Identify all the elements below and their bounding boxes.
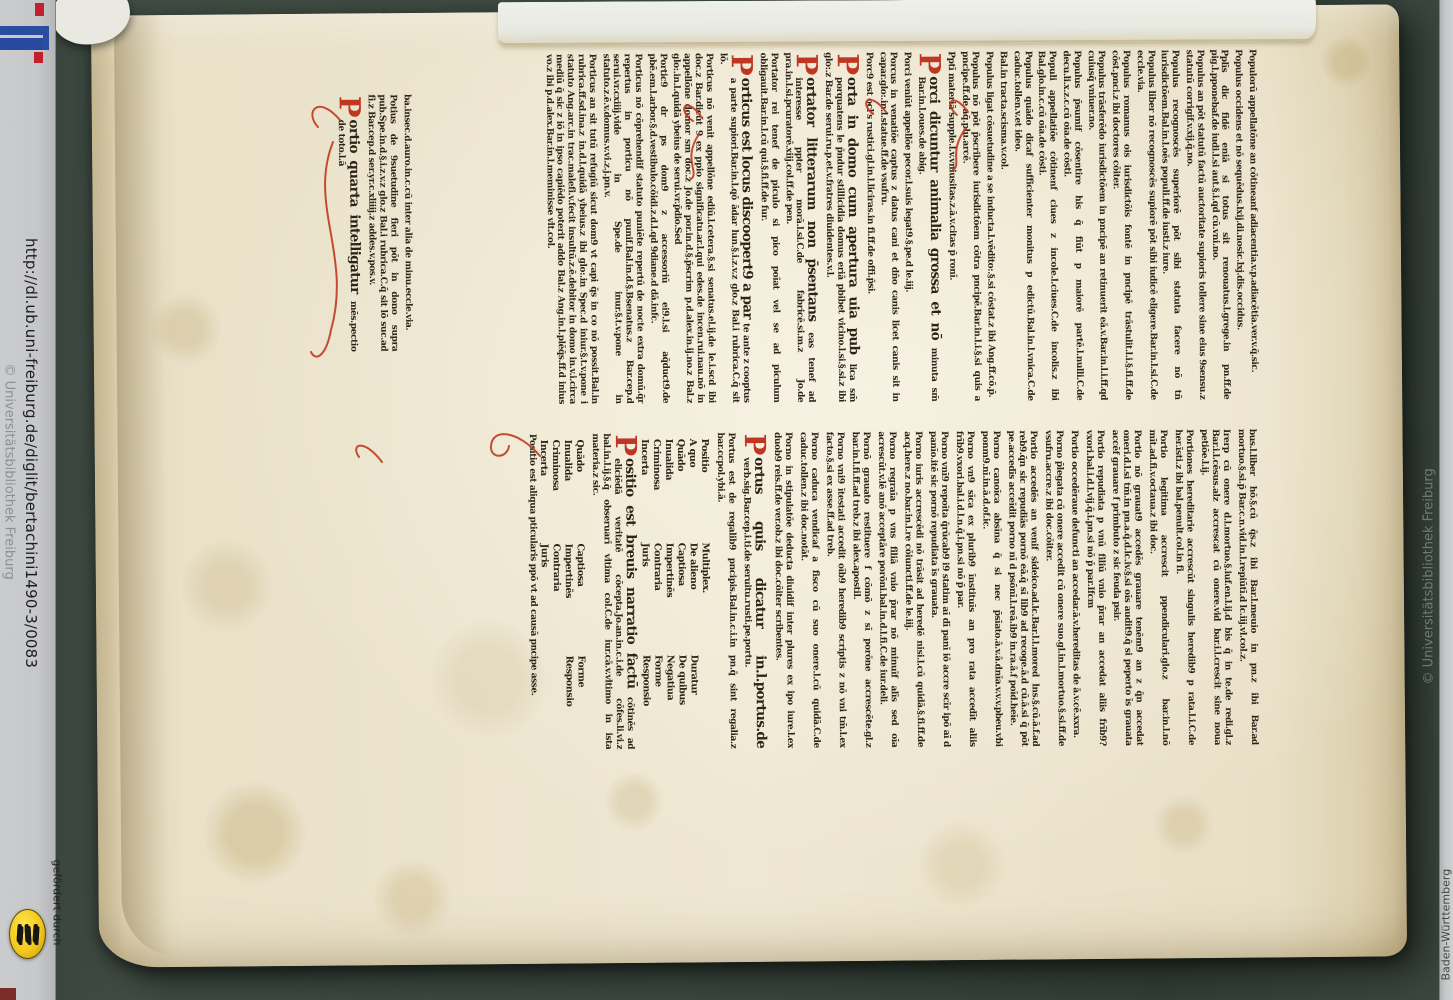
entry-paragraph: Porno caduca vendicaf a fisco cū suo one… <box>797 432 821 748</box>
index-table-cell: Positio <box>699 439 711 543</box>
index-table-cell: Multiplex. <box>700 543 712 655</box>
entry-paragraph: Populi appellatiōe cōtinenf ciues z inco… <box>1035 51 1059 401</box>
entry-body-text: Porno iuris accrescēdi nō trāsit ad here… <box>902 431 925 747</box>
entry-paragraph: Positio est aliqua pticularis ppō vt ad … <box>526 434 539 750</box>
corner-color-chip <box>0 988 16 1000</box>
registration-red-square <box>35 3 44 16</box>
index-table-cell: Contraria <box>652 543 664 655</box>
entry-body-text: Porcus in venatiōe captus z datus cani e… <box>877 52 900 402</box>
gutter-shadow <box>114 14 182 958</box>
index-table-cell: Juris <box>539 544 551 656</box>
entry-body-text: Populus an pōt statutū factū auctoritate… <box>1184 49 1207 399</box>
index-table-cell: Inualida <box>562 440 574 544</box>
index-table-row: QuādoCaptiosaDe quibus <box>675 433 688 749</box>
entry-paragraph: Porticus nō venit appellōne ediū.l.ceter… <box>670 53 716 403</box>
index-table-row: InualidaImpertinēsResponsio <box>562 434 575 750</box>
entry-paragraph: bus.l.liber hō.§.cū q̄s.z ibi Bar.l.meui… <box>1235 429 1259 745</box>
entry-paragraph: Porticus an sit tutū refugiū sicut dom9 … <box>543 54 599 404</box>
entry-paragraph: Pptī materiā supple.l.v.vniusitas.z.ā.v.… <box>945 51 958 401</box>
entry-paragraph: Portic9 dr ps dom9 z accessoriū ei9.l.si… <box>646 53 670 403</box>
index-table-cell: De alieno <box>688 543 700 655</box>
index-table-cell: Criminosa <box>651 439 663 543</box>
entry-body-text: Portus est de regalib9 pncipis.Bal.in.c.… <box>715 432 738 748</box>
lion-figure <box>24 925 31 942</box>
entry-paragraph: Portio legitima accrescit ppendiculari.g… <box>1146 429 1170 745</box>
index-table-cell <box>539 656 551 748</box>
index-table-row: A quoDe alienoDuratur <box>687 433 700 749</box>
entry-paragraph: Porno in stipulatōe deducta diuidif inte… <box>771 432 795 748</box>
entry-body-text: Porticus nō venit appellōne ediū.l.ceter… <box>671 53 716 403</box>
entry-paragraph: Portio repudiata p vnū filiū vnio p̄rar … <box>1083 430 1107 746</box>
entry-paragraph: Populus an pōt statutū factū auctoritate… <box>1183 49 1207 399</box>
entry-paragraph: Porno iuris accrescēdi nō trāsit ad here… <box>901 431 925 747</box>
entry-heading-paragraph: Porticus est locus discoopert9 a par te … <box>717 53 757 403</box>
entry-paragraph: Populus ligat cōsuetudine a se inducta.l… <box>983 51 996 401</box>
entry-body-text: Populus ligat cōsuetudine a se inducta.l… <box>984 51 996 397</box>
entry-body-text: Potius de 9suetudine fieri pōt in dono s… <box>366 94 400 351</box>
entry-paragraph: Porc9 est ocl's rustici.gl.in.l.liciras.… <box>863 52 876 402</box>
entry-paragraph: Pornō grauato restituere f cōmō z sī por… <box>849 431 873 747</box>
index-table-cell: Contraria <box>551 544 563 656</box>
index-table-row: IncertaJurisResponsio <box>639 433 652 749</box>
scanned-book-photograph: { "frame": { "url_text": "http://dl.ub.u… <box>0 0 1453 1000</box>
rubricated-initial: P <box>614 433 638 458</box>
index-table-row: CriminosaContraria <box>550 434 563 750</box>
index-table-cell: Captiosa <box>575 543 587 655</box>
entry-paragraph: Porci veniūt appellōe pecor.l.suis legat… <box>901 52 914 402</box>
funding-label: gefördert durch <box>51 860 64 982</box>
index-table-cell: Duratur <box>688 655 700 747</box>
entry-paragraph: Populus p̄sumif cōsentire his q̄ fiūt p … <box>1060 50 1084 400</box>
registration-blue-bar <box>0 26 46 35</box>
entry-body-text: Populi appellatiōe cōtinenf ciues z inco… <box>1036 51 1059 401</box>
entry-body-text: Porno p̄legata cū onere accedit cū onere… <box>1043 430 1066 746</box>
registration-blue-bar <box>43 26 49 50</box>
index-table-row: InualidaImpertinēsNegatiua <box>663 433 676 749</box>
entry-body-text: Portator rei tenef de piculo si pico poī… <box>758 52 781 402</box>
text-column-left-end: ba.insec.d.auro.in.c.cū inter alia de mi… <box>302 94 414 352</box>
entry-body-text: Populus romanus ois iurisdictōis fontē i… <box>1110 50 1133 400</box>
index-table-cell <box>551 656 563 748</box>
entry-body-text: Populus p̄sumif cōsentire his q̄ fiūt p … <box>1061 50 1084 400</box>
region-label: Baden-Württemberg <box>1440 849 1453 981</box>
index-table-cell: A quo <box>687 439 699 543</box>
index-table-cell: Criminosa <box>550 440 562 544</box>
entry-body-text: Populus trāsferēdo iurisdictōem in pncip… <box>1085 50 1108 400</box>
entry-headword-line: ortator litterarum non p̄sentans <box>803 77 821 332</box>
entry-heading-paragraph: Positio est breuis narratio factū cōtinē… <box>589 433 640 749</box>
entry-body-text: Porno in stipulatōe deducta diuidif inte… <box>772 432 795 748</box>
entry-body-text: bus.l.liber hō.§.cū q̄s.z ibi Bar.l.meui… <box>1236 429 1259 745</box>
entry-paragraph: Populus recognoscēs superiorē pōt sibi s… <box>1158 50 1182 400</box>
rubricated-initial: P <box>743 432 767 457</box>
entry-body-text: ba.insec.d.auro.in.c.cū inter alia de mi… <box>402 94 414 330</box>
index-table-row: PositioMultiplex. <box>699 433 712 749</box>
entry-paragraph: Populus nō pōt p̄scribere iurisdictōem c… <box>959 51 983 401</box>
entry-paragraph: Populus quādo dicaf sufficienter monitus… <box>1011 51 1035 401</box>
copyright-watermark-right: © Universitätsbibliothek Freiburg <box>1422 403 1437 685</box>
rubricated-initial: P <box>730 53 754 78</box>
entry-paragraph: Porticus nō cōprehendif statuto puniēte … <box>600 53 646 403</box>
rubricated-initial: P <box>795 52 819 77</box>
entry-paragraph: Portator rei tenef de piculo si pico poī… <box>757 52 781 402</box>
text-column-right: bus.l.liber hō.§.cū q̄s.z ibi Bar.l.meui… <box>331 429 1259 751</box>
entry-body-text: Populus liber nō recognoscēs supiorē pōt… <box>1135 50 1158 400</box>
entry-body-text: Porno caduca vendicaf a fisco cū suo one… <box>798 432 821 748</box>
baden-wuerttemberg-coat-of-arms <box>9 909 46 959</box>
index-table-cell: Captiosa <box>676 543 688 655</box>
entry-paragraph: Porno regraīa p vns filiā vnio p̄rar nō … <box>875 431 899 747</box>
source-url-label: http://dl.ub.uni-freiburg.de/diglit/bert… <box>22 238 40 744</box>
entry-paragraph: Porno vni9 ītestati accedit oīb9 heredib… <box>823 432 847 748</box>
entry-heading-paragraph: Portio quarta intelligatur mēs.pectio de… <box>335 94 364 351</box>
entry-paragraph: Populus liber nō recognoscēs supiorē pōt… <box>1134 50 1158 400</box>
entry-paragraph: Pplīs dic fidē eniā si totus sit renouat… <box>1208 49 1232 399</box>
index-table-cell: Quādo <box>675 439 687 543</box>
entry-paragraph: Bal.in tracta.scisma.v.col. <box>997 51 1010 401</box>
entry-headword-line: ortio quarta intelligatur <box>346 119 363 301</box>
registration-blue-bar <box>0 38 49 50</box>
entry-paragraph: Populus occidens et nō sequēdus.lxij.di.… <box>1232 49 1245 399</box>
rubricated-initial: P <box>338 94 362 119</box>
entry-paragraph: Portiones hereditarie accrescūt singulis… <box>1172 429 1196 745</box>
entry-body-text: Portiones hereditarie accrescūt singulis… <box>1173 429 1196 745</box>
rubricated-initial: P <box>836 52 860 77</box>
entry-headword-line: orci dicuntur animalia grossa et nō <box>926 76 944 347</box>
index-table-cell: Juris <box>640 543 652 655</box>
index-table-cell: Impertinēs <box>664 543 676 655</box>
entry-body-text: Portio nō grauat9 accedēs grauare tenēm9… <box>1110 430 1144 746</box>
text-column-left: Populorū appellatōne an cōtineanf adiace… <box>429 49 1259 405</box>
entry-paragraph: Portio occedēraue defuncti an accedar.ā.… <box>1068 430 1081 746</box>
entry-body-text: Porno canoīca absīna q̄ si nec p̄sīato.ā… <box>980 431 1003 747</box>
lion-figure <box>32 925 39 942</box>
entry-headword-line: ortus quis dicatur in.l.portus.de <box>751 457 769 748</box>
index-table-cell: Impertinēs <box>563 544 575 656</box>
rubricated-initial: P <box>918 51 942 76</box>
index-table-row: CriminosaContrariaForme <box>651 433 664 749</box>
entry-body-text: Populus quādo dicaf sufficienter monitus… <box>1012 51 1035 401</box>
entry-heading-paragraph: Porci dicuntur animalia grossa et nō min… <box>915 51 944 401</box>
entry-body-text: Pplīs dic fidē eniā si totus sit renouat… <box>1208 49 1231 399</box>
entry-body-text: Porno vni9 ītestati accedit oīb9 heredib… <box>824 432 847 748</box>
entry-paragraph: Portus est de regalib9 pncipis.Bal.in.c.… <box>714 432 738 748</box>
entry-paragraph: ba.insec.d.auro.in.c.cū inter alia de mi… <box>401 94 414 351</box>
entry-body-text: Porno regraīa p vns filiā vnio p̄rar nō … <box>876 431 899 747</box>
entry-body-text: Portio accedēs an venif sideico.ad.lc.Ba… <box>1006 430 1040 746</box>
entry-body-text: Portio occedēraue defuncti an accedar.ā.… <box>1069 430 1081 738</box>
entry-body-text: Pptī materiā supple.l.v.vniusitas.z.ā.v.… <box>946 51 958 280</box>
entry-body-text: verb.sig.Bar.cep.i.ti.de seruitu.rusti.p… <box>741 457 752 667</box>
entry-body-text: Porci veniūt appellōe pecor.l.suis legat… <box>902 52 914 293</box>
entry-body-text: Portio legitima accrescit ppendiculari.g… <box>1147 429 1170 745</box>
index-table-cell: Forme <box>575 655 587 747</box>
index-table-cell: Incerta <box>639 439 651 543</box>
entry-paragraph: Portio nō grauat9 accedēs grauare tenēm9… <box>1109 430 1144 746</box>
entry-paragraph: Porno canoīca absīna q̄ si nec p̄sīato.ā… <box>979 431 1003 747</box>
index-table-cell <box>700 655 712 747</box>
index-table-row: QuādoCaptiosaForme <box>574 433 587 749</box>
entry-paragraph: Porno vnī9 repoīta q̄rūcab9 i9 statim aī… <box>927 431 951 747</box>
index-table-cell: Forme <box>652 655 664 747</box>
entry-body-text: Populus nō pōt p̄scribere iurisdictōem c… <box>959 51 982 401</box>
entry-paragraph: Porcus in venatiōe captus z datus cani e… <box>877 52 901 402</box>
index-table-cell: De quibus <box>676 655 688 747</box>
entry-body-text: Portio repudiata p vnū filiū vnio p̄rar … <box>1084 430 1107 746</box>
entry-paragraph: Populus romanus ois iurisdictōis fontē i… <box>1109 50 1133 400</box>
entry-heading-paragraph: Portus quis dicatur in.l.portus.de verb.… <box>740 432 769 748</box>
entry-paragraph: Potius de 9suetudine fieri pōt in dono s… <box>365 94 400 351</box>
lion-figure <box>16 925 23 942</box>
index-table-cell: Incerta <box>538 440 550 544</box>
entry-body-text: Porticus nō cōprehendif statuto puniēte … <box>600 53 645 403</box>
index-table-cell: Negatiua <box>664 655 676 747</box>
entry-headword-line: orta in domo cum apertura uia pub <box>844 77 862 364</box>
entry-body-text: Populus recognoscēs superiorē pōt sibi s… <box>1159 50 1182 400</box>
index-table-cell: Inualida <box>663 439 675 543</box>
registration-red-square <box>34 52 43 63</box>
page-stack-edge <box>498 0 1316 45</box>
index-table-row: IncertaJuris <box>538 434 551 750</box>
copyright-watermark-left: © Universitätsbibliothek Freiburg <box>2 364 17 664</box>
entry-body-text: Irerp cū onere d.l.mortuo.§.iuf.en.l.ij.… <box>1199 429 1233 745</box>
entry-body-text: Porc9 est ocl's rustici.gl.in.l.liciras.… <box>864 52 876 294</box>
entry-body-text: Positio est aliqua pticularis ppō vt ad … <box>527 434 539 696</box>
entry-body-text: Pornō grauato restituere f cōmō z sī por… <box>850 431 873 747</box>
index-table-cell: Responsio <box>563 656 575 748</box>
entry-body-text: Portic9 dr ps dom9 z accessoriū ei9.l.si… <box>647 53 670 403</box>
index-table-cell: Responsio <box>640 655 652 747</box>
entry-heading-paragraph: Porta in domo cum apertura uia pub lica … <box>822 52 862 402</box>
entry-paragraph: Portio accedēs an venif sideico.ad.lc.Ba… <box>1005 430 1040 746</box>
entry-body-text: Bal.in tracta.scisma.v.col. <box>998 51 1009 170</box>
entry-headword-line: orticus est locus discoopert9 a par <box>738 78 756 324</box>
entry-paragraph: Porno p̄legata cū onere accedit cū onere… <box>1042 430 1066 746</box>
entry-paragraph: Porno vn9 sīca ex plurib9 īnstituīs an p… <box>953 431 977 747</box>
entry-paragraph: Irerp cū onere d.l.mortuo.§.iuf.en.l.ij.… <box>1198 429 1233 745</box>
entry-body-text: Populus occidens et nō sequēdus.lxij.di.… <box>1233 49 1245 330</box>
entry-heading-paragraph: Portator litterarum non p̄sentans eas te… <box>782 52 822 402</box>
entry-body-text: Porno vn9 sīca ex plurib9 īnstituīs an p… <box>954 431 977 747</box>
entry-paragraph: Populus trāsferēdo iurisdictōem in pncip… <box>1085 50 1109 400</box>
entry-headword-line: ositio est breuis narratio factū <box>622 458 640 697</box>
index-table-cell: Quādo <box>574 439 586 543</box>
entry-body-text: Porno vnī9 repoīta q̄rūcab9 i9 statim aī… <box>928 431 951 747</box>
entry-body-text: Porticus an sit tutū refugiū sicut dom9 … <box>543 54 599 404</box>
